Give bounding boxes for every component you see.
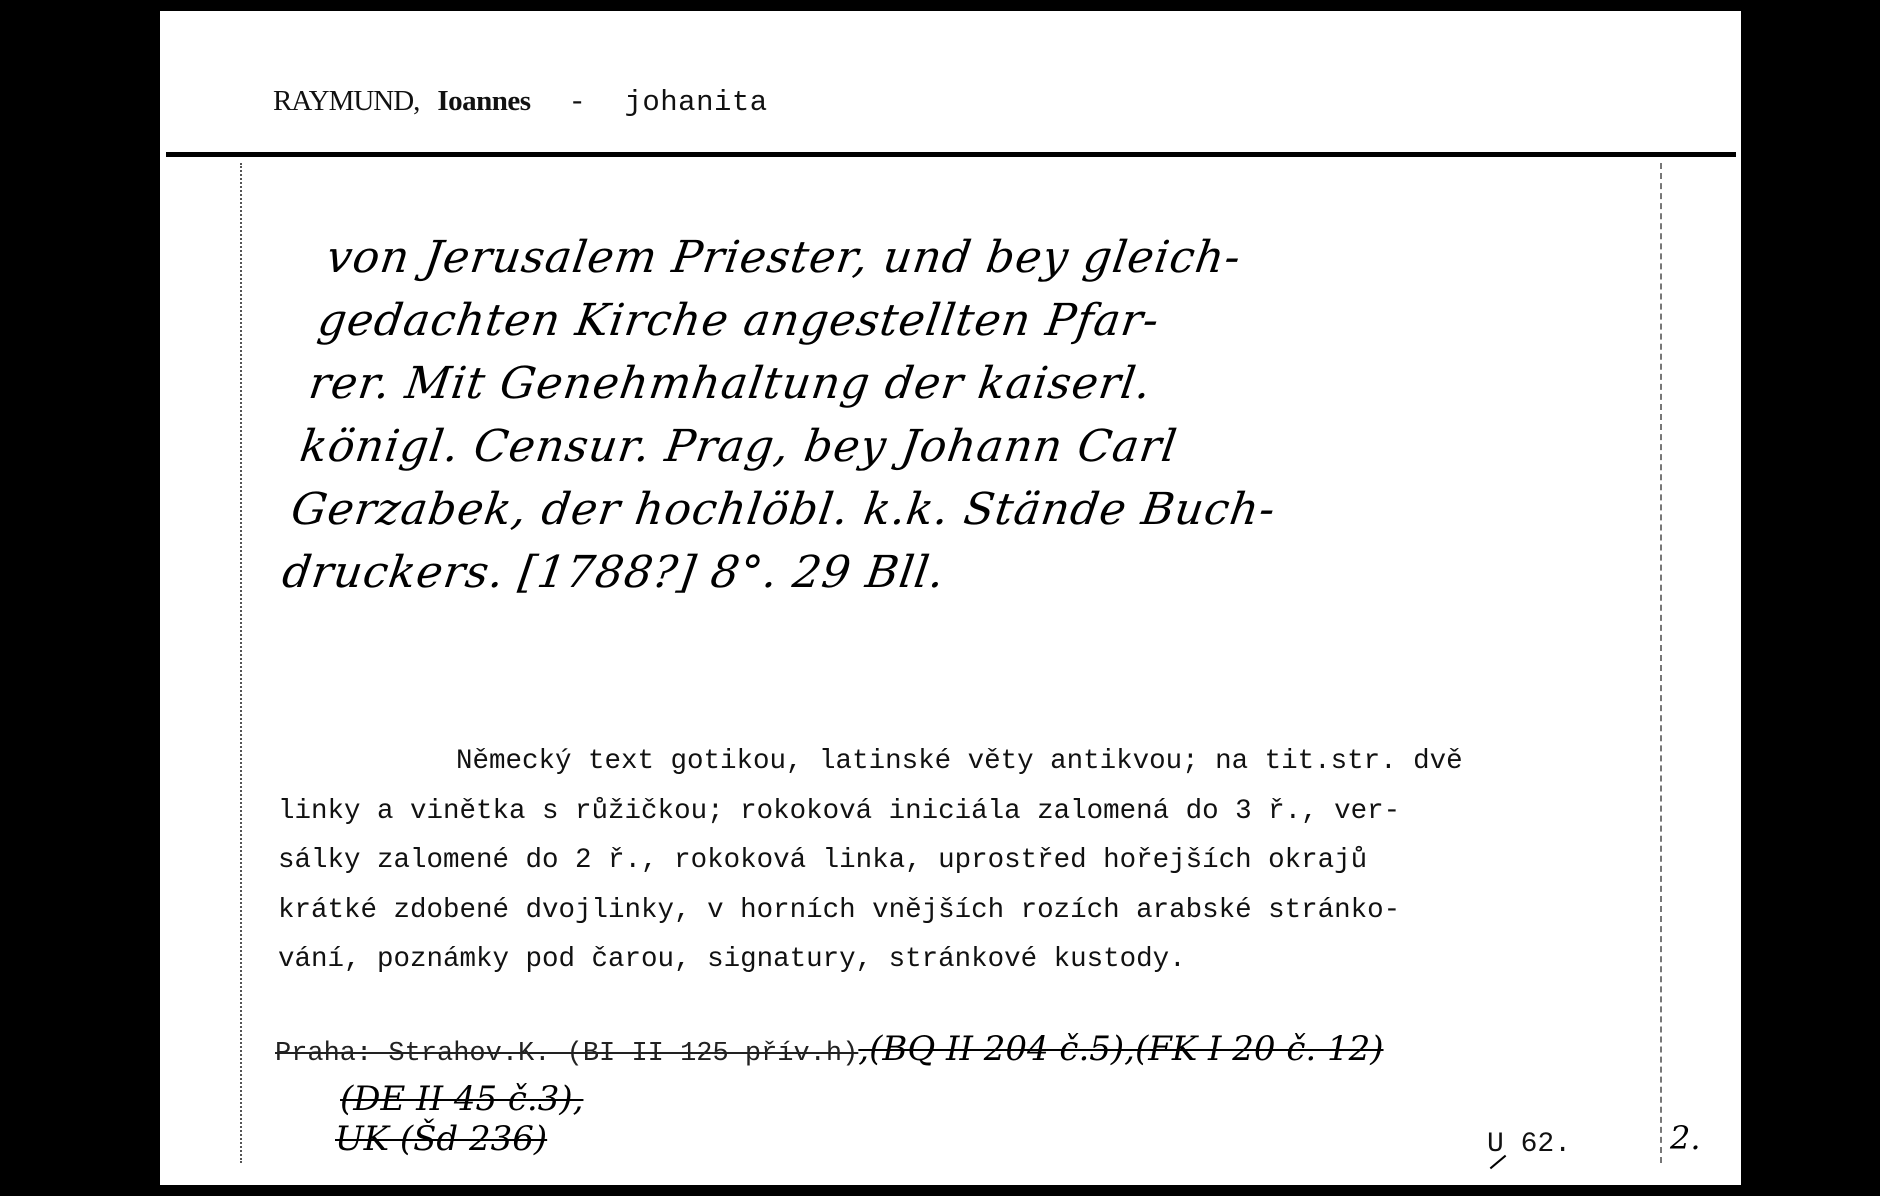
catalog-card: RAYMUND, Ioannes-johanita von Jerusalem … bbox=[160, 11, 1741, 1185]
location-handwritten: UK (Šd 236) bbox=[335, 1119, 547, 1159]
description-line: vání, poznámky pod čarou, signatury, str… bbox=[278, 935, 1668, 985]
shelf-signature: U 62. bbox=[1487, 1129, 1571, 1160]
handwritten-line: rer. Mit Genehmhaltung der kaiserl. bbox=[305, 352, 1694, 415]
physical-description: Německý text gotikou, latinské věty anti… bbox=[278, 737, 1668, 985]
left-margin-guide bbox=[240, 163, 242, 1163]
handwritten-line: von Jerusalem Priester, und bey gleich- bbox=[323, 226, 1712, 289]
location-handwritten: (DE II 45 č.3), bbox=[340, 1079, 583, 1119]
description-line: Německý text gotikou, latinské věty anti… bbox=[278, 737, 1668, 787]
handwritten-line: königl. Censur. Prag, bey Johann Carl bbox=[296, 415, 1685, 478]
location-handwritten: ,(BQ II 204 č.5),(FK I 20 č. 12) bbox=[858, 1029, 1383, 1069]
heading-separator: - bbox=[569, 86, 587, 119]
description-line: sálky zalomené do 2 ř., rokoková linka, … bbox=[278, 836, 1668, 886]
author-given-name: Ioannes bbox=[437, 85, 530, 117]
card-page-number: 2. bbox=[1670, 1119, 1701, 1157]
handwritten-line: druckers. [1788?] 8°. 29 Bll. bbox=[278, 541, 1667, 604]
description-line: krátké zdobené dvojlinky, v horních vněj… bbox=[278, 886, 1668, 936]
description-line: linky a vinětka s růžičkou; rokoková ini… bbox=[278, 787, 1668, 837]
handwritten-title: von Jerusalem Priester, und bey gleich- … bbox=[278, 226, 1711, 604]
author-surname: RAYMUND, bbox=[273, 85, 419, 117]
location-typed-struck: Praha: Strahov.K. (BI II 125 přív.h) bbox=[275, 1039, 858, 1069]
author-designation: johanita bbox=[624, 86, 767, 119]
handwritten-line: gedachten Kirche angestellten Pfar- bbox=[314, 289, 1703, 352]
holdings-location: Praha: Strahov.K. (BI II 125 přív.h),(BQ… bbox=[275, 1029, 1384, 1069]
handwritten-line: Gerzabek, der hochlöbl. k.k. Stände Buch… bbox=[287, 478, 1676, 541]
card-heading: RAYMUND, Ioannes-johanita bbox=[273, 85, 768, 119]
heading-rule bbox=[166, 152, 1736, 157]
